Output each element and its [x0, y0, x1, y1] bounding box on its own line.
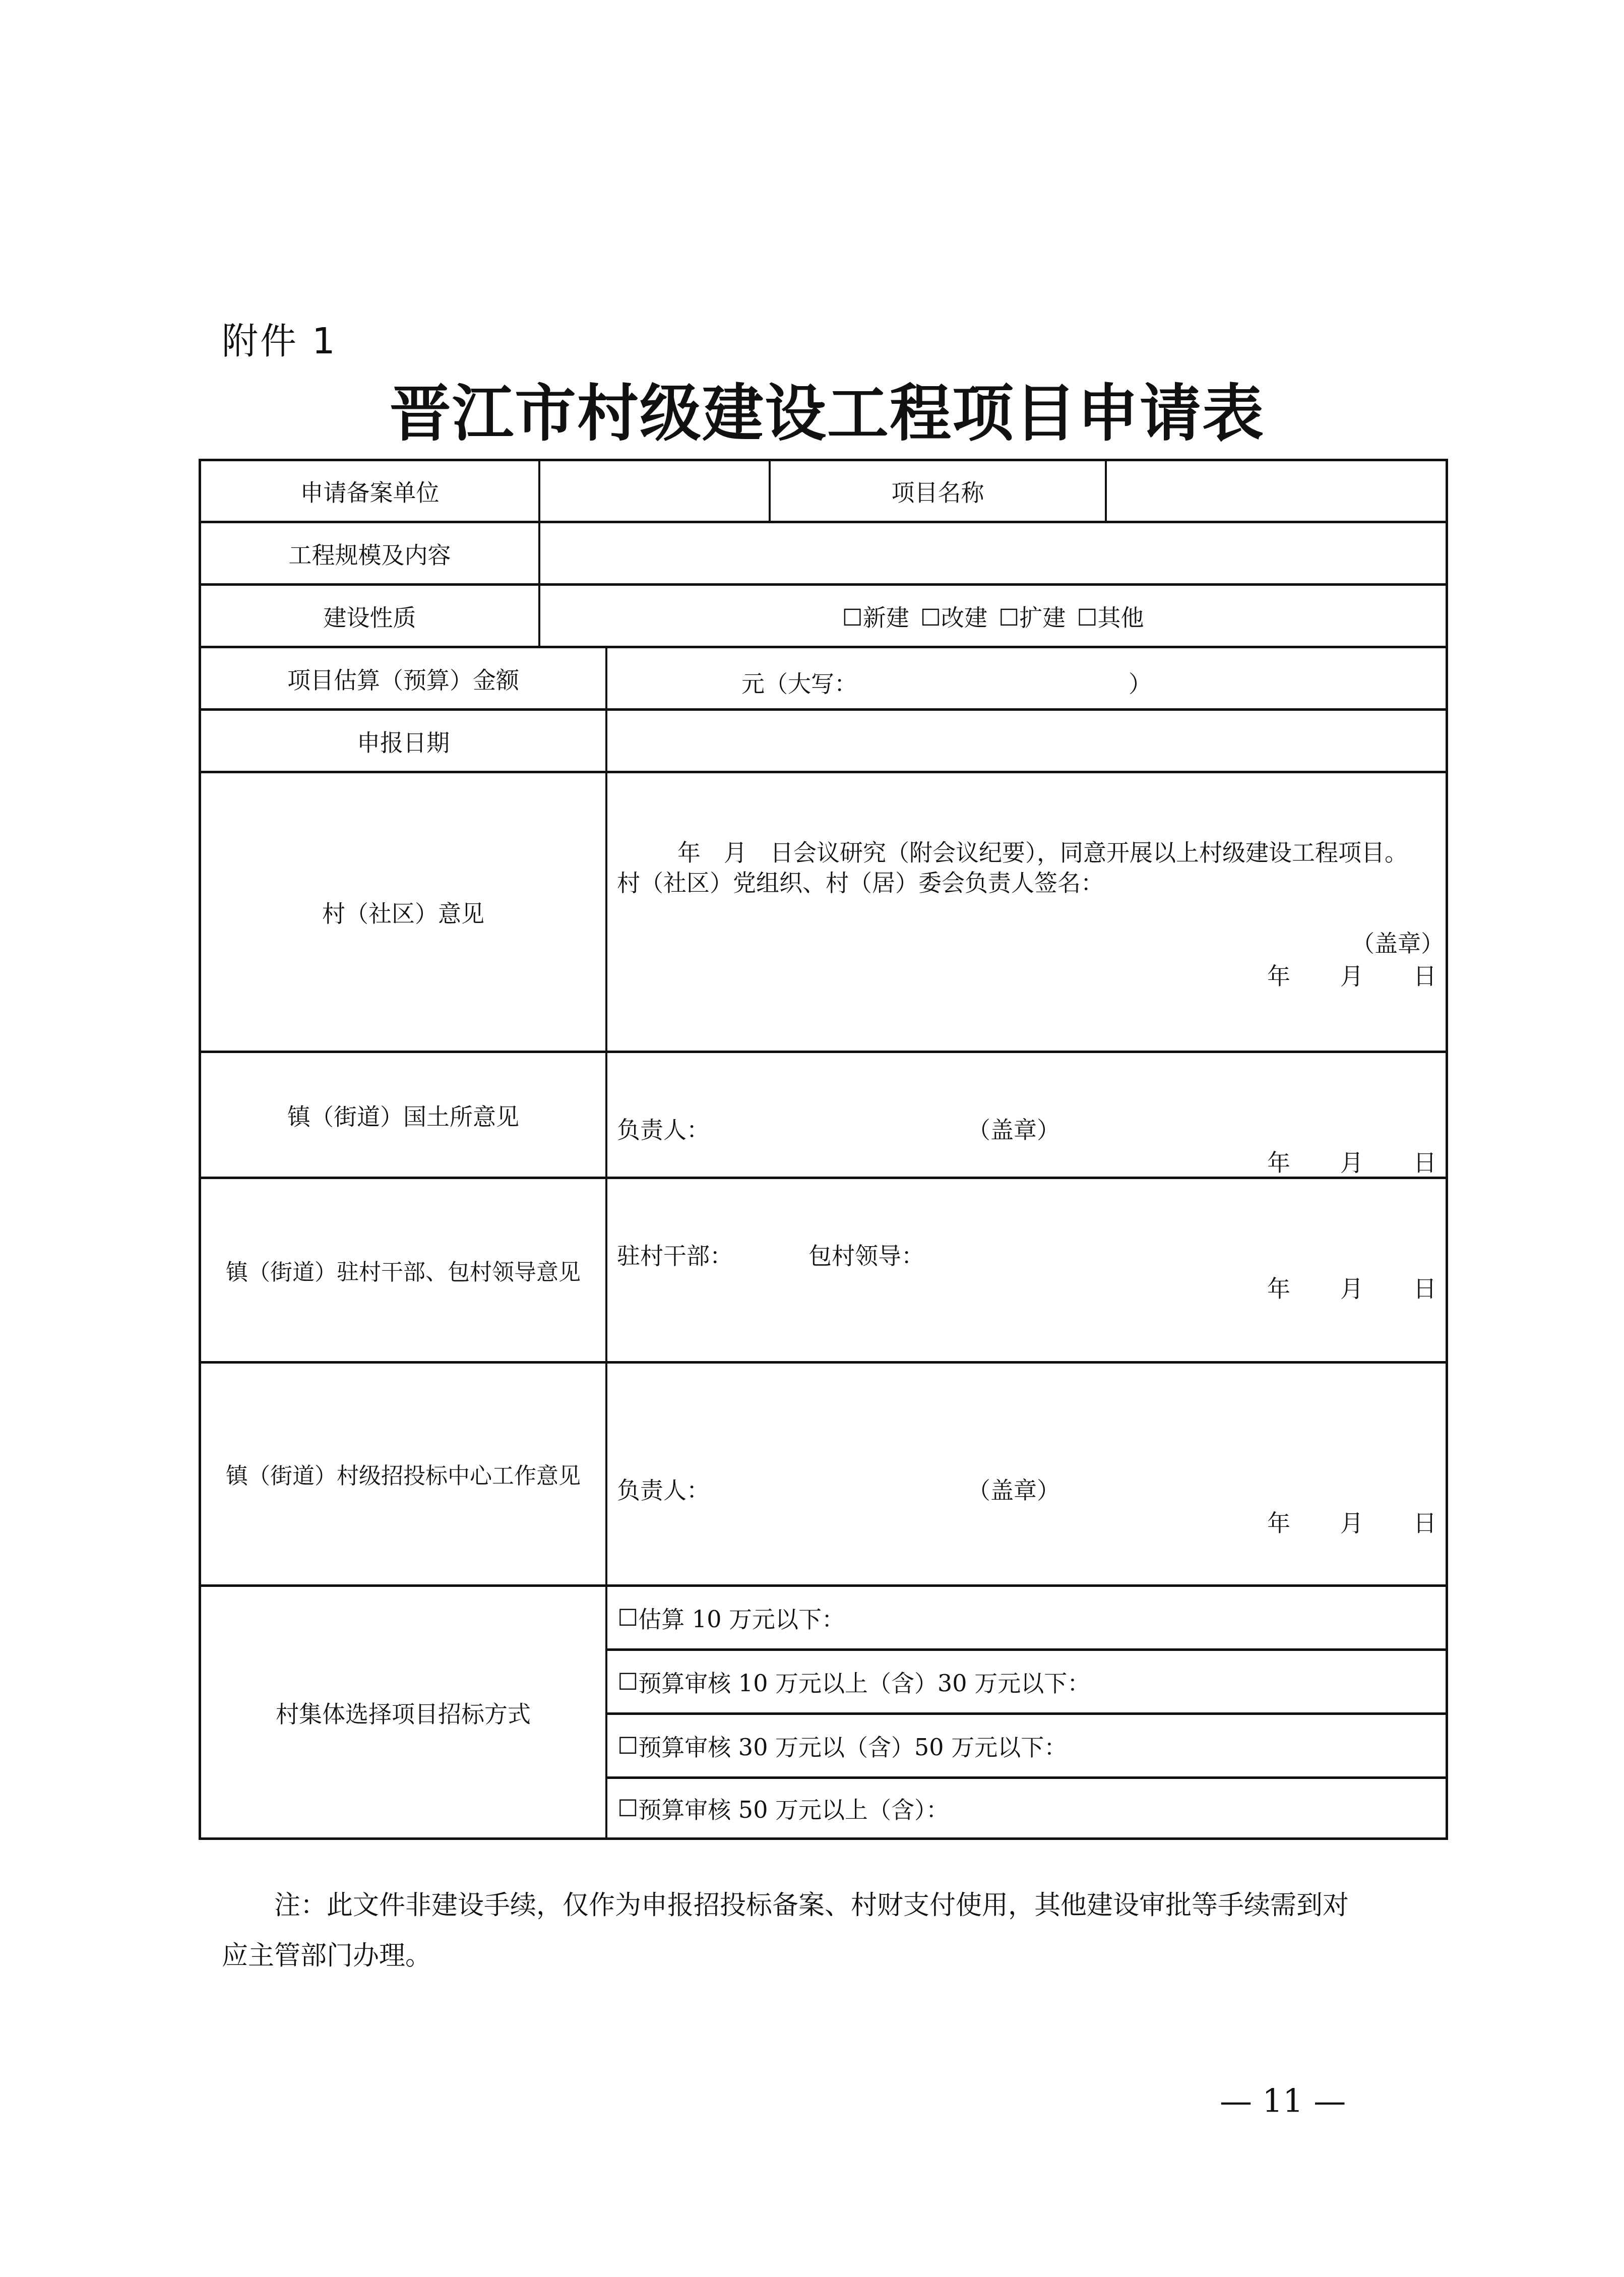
- label-applicant-unit: 申请备案单位: [201, 461, 538, 521]
- bidding-center-date-year: 年: [1267, 1505, 1290, 1538]
- checkbox-expansion[interactable]: ☐扩建: [998, 599, 1066, 633]
- scale-content-field[interactable]: [540, 523, 1446, 583]
- cadre-date-month: 月: [1340, 1270, 1363, 1304]
- attachment-label: 附件 1: [222, 312, 337, 364]
- checkbox-icon: ☐: [617, 1604, 638, 1631]
- application-date-field[interactable]: [607, 711, 1446, 771]
- document-title: 晋江市村级建设工程项目申请表: [0, 364, 1624, 452]
- bidding-option-over-50w[interactable]: ☐预算审核 50 万元以上（含）：: [607, 1779, 1446, 1837]
- checkbox-icon: ☐: [1077, 604, 1097, 631]
- label-project-name: 项目名称: [771, 461, 1105, 521]
- construction-type-options: ☐新建 ☐改建 ☐扩建 ☐其他: [540, 586, 1446, 646]
- estimated-amount-field[interactable]: [907, 648, 1118, 708]
- label-land-office-opinion: 镇（街道）国土所意见: [201, 1053, 605, 1177]
- checkbox-icon: ☐: [920, 604, 941, 631]
- village-opinion-meeting-text: 年 月 日会议研究（附会议纪要），同意开展以上村级建设工程项目。: [677, 834, 1408, 868]
- label-scale-content: 工程规模及内容: [201, 523, 538, 583]
- label-bidding-method: 村集体选择项目招标方式: [201, 1587, 605, 1837]
- applicant-unit-field[interactable]: [540, 461, 769, 521]
- land-office-date-month: 月: [1340, 1144, 1363, 1178]
- bidding-center-person-label: 负责人：: [617, 1472, 710, 1505]
- village-opinion-date-month: 月: [1340, 958, 1363, 991]
- bidding-option-30w-50w[interactable]: ☐预算审核 30 万元以（含）50 万元以下：: [607, 1715, 1446, 1776]
- footnote-line-2: 应主管部门办理。: [222, 1931, 1442, 1981]
- label-village-opinion: 村（社区）意见: [201, 773, 605, 1051]
- checkbox-icon: ☐: [998, 604, 1019, 631]
- land-office-seal: （盖章）: [967, 1112, 1060, 1145]
- checkbox-new-build[interactable]: ☐新建: [842, 599, 909, 633]
- amount-unit-text: 元（大写：: [741, 665, 857, 699]
- land-office-person-label: 负责人：: [617, 1112, 710, 1145]
- footnote-line-1: 注：此文件非建设手续，仅作为申报招投标备案、村财支付使用，其他建设审批等手续需到…: [222, 1880, 1442, 1931]
- checkbox-icon: ☐: [617, 1795, 638, 1822]
- resident-cadre-label: 驻村干部：: [617, 1238, 733, 1271]
- label-construction-type: 建设性质: [201, 586, 538, 646]
- amount-close-paren: ）: [1129, 665, 1152, 699]
- village-opinion-seal: （盖章）: [1351, 925, 1444, 958]
- cadre-date-year: 年: [1267, 1270, 1290, 1304]
- bidding-option-10w-30w[interactable]: ☐预算审核 10 万元以上（含）30 万元以下：: [607, 1651, 1446, 1712]
- label-cadre-leader-opinion: 镇（街道）驻村干部、包村领导意见: [201, 1179, 605, 1361]
- village-opinion-signature-label: 村（社区）党组织、村（居）委会负责人签名：: [617, 865, 1104, 898]
- village-leader-label: 包村领导：: [808, 1238, 924, 1271]
- footnote: 注：此文件非建设手续，仅作为申报招投标备案、村财支付使用，其他建设审批等手续需到…: [222, 1880, 1442, 1981]
- checkbox-icon: ☐: [617, 1732, 638, 1759]
- bidding-center-date-day: 日: [1413, 1505, 1436, 1538]
- label-estimated-amount: 项目估算（预算）金额: [201, 648, 605, 708]
- bidding-option-under-10w[interactable]: ☐估算 10 万元以下：: [607, 1587, 1446, 1648]
- project-name-field[interactable]: [1107, 461, 1446, 521]
- page-number: — 11 —: [1220, 2083, 1346, 2120]
- bidding-center-date-month: 月: [1340, 1505, 1363, 1538]
- land-office-date-year: 年: [1267, 1144, 1290, 1178]
- village-opinion-date-day: 日: [1413, 958, 1436, 991]
- label-bidding-center-opinion: 镇（街道）村级招投标中心工作意见: [201, 1364, 605, 1584]
- bidding-center-seal: （盖章）: [967, 1472, 1060, 1505]
- land-office-date-day: 日: [1413, 1144, 1436, 1178]
- application-form-table: 申请备案单位 项目名称 工程规模及内容 建设性质 ☐新建 ☐改建 ☐扩建 ☐其他…: [199, 459, 1448, 1840]
- cadre-date-day: 日: [1413, 1270, 1436, 1304]
- label-application-date: 申报日期: [201, 711, 605, 771]
- village-opinion-date-year: 年: [1267, 958, 1290, 991]
- checkbox-renovation[interactable]: ☐改建: [920, 599, 987, 633]
- checkbox-icon: ☐: [842, 604, 863, 631]
- checkbox-other[interactable]: ☐其他: [1077, 599, 1144, 633]
- checkbox-icon: ☐: [617, 1668, 638, 1695]
